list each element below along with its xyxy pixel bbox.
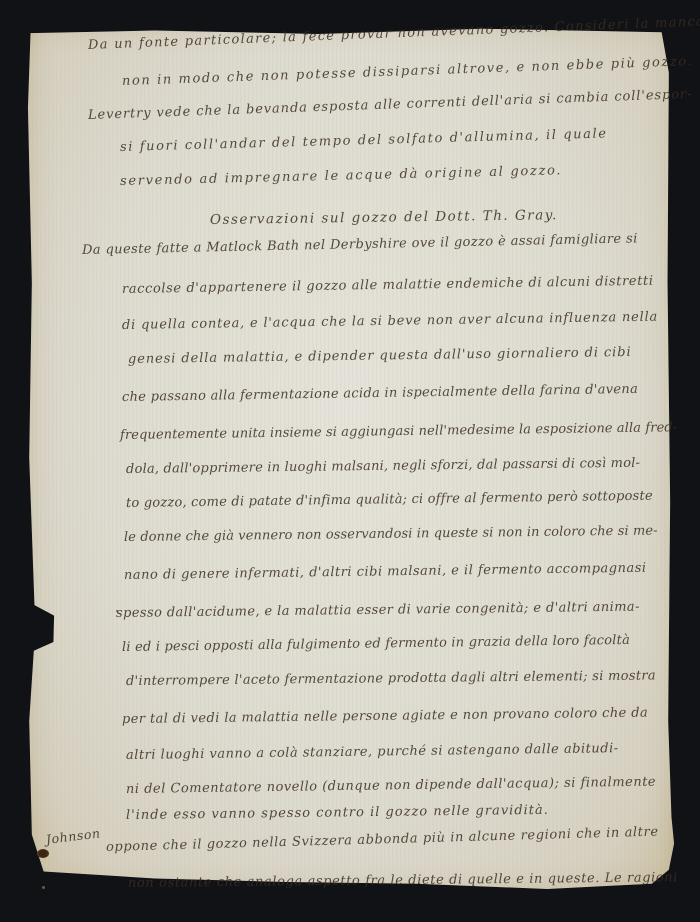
ink-stain (37, 849, 49, 858)
ink-spot (116, 610, 118, 612)
scanned-page: Da un fonte particolare; la fece provar … (0, 0, 700, 922)
ink-spot (42, 886, 45, 889)
